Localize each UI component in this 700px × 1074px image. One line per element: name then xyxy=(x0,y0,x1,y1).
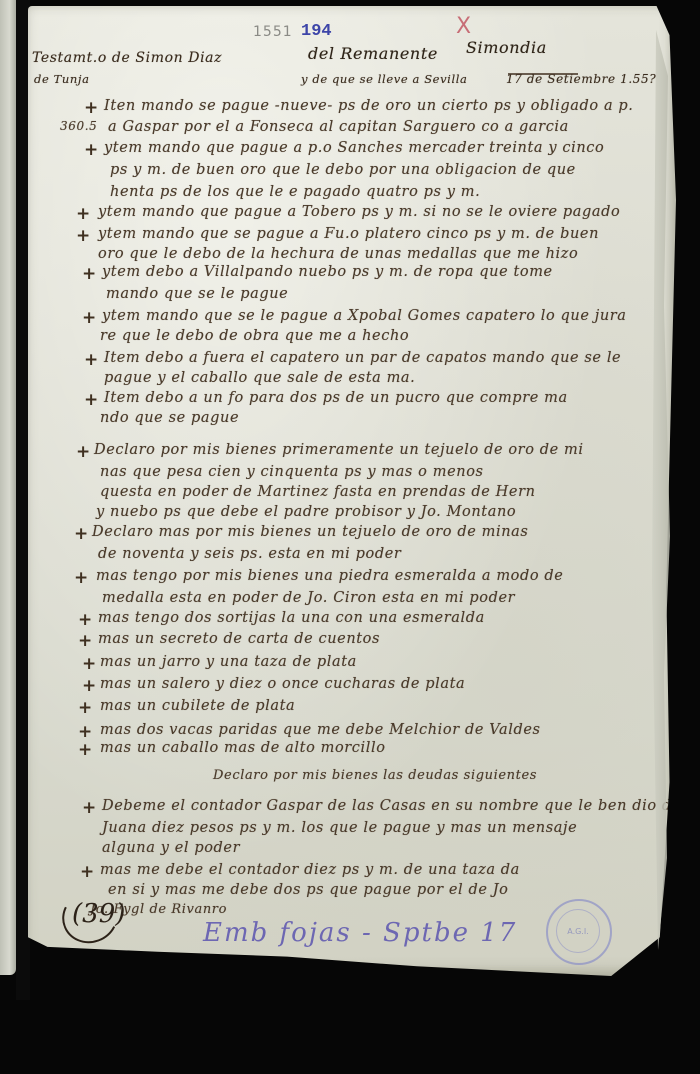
cross-mark: + xyxy=(76,442,90,462)
blue-archival-note: Emb fojas - Sptbe 17 xyxy=(203,918,517,948)
entry-line: a Gaspar por el a Fonseca al capitan Sar… xyxy=(108,119,569,135)
title-mid-top: del Remanente xyxy=(308,44,438,63)
cross-mark: + xyxy=(82,798,96,818)
cross-mark: + xyxy=(82,654,96,674)
cross-mark: + xyxy=(84,98,98,118)
cross-mark: + xyxy=(82,308,96,328)
entry-line: de noventa y seis ps. esta en mi poder xyxy=(98,546,401,562)
entry-line: ps y m. de buen oro que le debo por una … xyxy=(110,162,576,178)
cross-mark: + xyxy=(80,862,94,882)
section-heading: Declaro por mis bienes las deudas siguie… xyxy=(213,768,537,783)
cross-mark: + xyxy=(84,140,98,160)
folio-number: (39) xyxy=(72,899,125,929)
entry-line: nas que pesa cien y cinquenta ps y mas o… xyxy=(100,464,484,480)
cross-mark: + xyxy=(82,264,96,284)
cross-mark: + xyxy=(84,390,98,410)
entry-line: Item debo a un fo para dos ps de un pucr… xyxy=(104,390,568,406)
margin-number: 360.5 xyxy=(60,119,97,133)
entry-line: mas un salero y diez o once cucharas de … xyxy=(100,676,465,692)
title-mid-bottom: y de que se lleve a Sevilla xyxy=(301,72,467,86)
entry-line: mas un cubilete de plata xyxy=(100,698,295,714)
cross-mark: + xyxy=(76,204,90,224)
manuscript-scan: 1551 194 X Testamt.o de Simon Diaz de Tu… xyxy=(0,0,700,1074)
cross-mark: + xyxy=(78,698,92,718)
entry-line: ytem mando que se pague a Fu.o platero c… xyxy=(98,226,599,242)
entry-line: mas tengo dos sortijas la una con una es… xyxy=(98,610,485,626)
entry-line: ytem mando que pague a p.o Sanches merca… xyxy=(104,140,604,156)
title-left-sub: de Tunja xyxy=(34,72,90,86)
title-left: Testamt.o de Simon Diaz xyxy=(32,50,222,66)
manuscript-page: 1551 194 X Testamt.o de Simon Diaz de Tu… xyxy=(28,6,676,976)
archive-stamp-text: A.G.I. xyxy=(556,909,600,953)
entry-line: y nuebo ps que debe el padre probisor y … xyxy=(96,504,516,520)
cross-mark: + xyxy=(78,722,92,742)
entry-line: Juana diez pesos ps y m. los que le pagu… xyxy=(102,820,577,836)
cross-mark: + xyxy=(78,610,92,630)
entry-line: medalla esta en poder de Jo. Ciron esta … xyxy=(102,590,515,606)
entry-line: henta ps de los que le e pagado quatro p… xyxy=(110,184,480,200)
cross-mark: + xyxy=(78,631,92,651)
entry-line: Declaro por mis bienes primeramente un t… xyxy=(94,442,584,458)
entry-line: mas un caballo mas de alto morcillo xyxy=(100,740,386,756)
entry-line: Item debo a fuera el capatero un par de … xyxy=(104,350,621,366)
entry-line: mas dos vacas paridas que me debe Melchi… xyxy=(100,722,541,738)
entry-line: ytem debo a Villalpando nuebo ps y m. de… xyxy=(102,264,553,280)
entry-line: re que le debo de obra que me a hecho xyxy=(100,328,409,344)
entry-line: Debeme el contador Gaspar de las Casas e… xyxy=(102,798,700,814)
cross-mark: + xyxy=(74,568,88,588)
entry-line: mas un jarro y una taza de plata xyxy=(100,654,357,670)
archive-stamp: A.G.I. xyxy=(546,899,612,965)
entry-line: mas me debe el contador diez ps y m. de … xyxy=(100,862,520,878)
red-x-mark: X xyxy=(456,14,471,39)
entry-line: pague y el caballo que sale de esta ma. xyxy=(104,370,415,386)
cross-mark: + xyxy=(84,350,98,370)
cross-mark: + xyxy=(78,740,92,760)
cross-mark: + xyxy=(82,676,96,696)
cross-mark: + xyxy=(74,524,88,544)
entry-line: ndo que se pague xyxy=(100,410,239,426)
entry-line: ytem mando que pague a Tobero ps y m. si… xyxy=(98,204,620,220)
entry-line: questa en poder de Martinez fasta en pre… xyxy=(100,484,536,500)
binding-gutter xyxy=(16,0,30,1000)
entry-line: oro que le debo de la hechura de unas me… xyxy=(98,246,578,262)
entry-line: alguna y el poder xyxy=(102,840,240,856)
title-right: Simondia xyxy=(466,38,547,57)
cross-mark: + xyxy=(76,226,90,246)
entry-line: en si y mas me debe dos ps que pague por… xyxy=(108,882,508,898)
entry-line: mando que se le pague xyxy=(106,286,288,302)
header-underline xyxy=(508,73,578,75)
pencil-year-note: 1551 xyxy=(253,24,293,40)
entry-line: Iten mando se pague -nueve- ps de oro un… xyxy=(104,98,633,114)
entry-line: mas un secreto de carta de cuentos xyxy=(98,631,380,647)
stamped-page-number: 194 xyxy=(301,22,332,41)
entry-line: Declaro mas por mis bienes un tejuelo de… xyxy=(92,524,528,540)
previous-leaf-edge xyxy=(0,0,16,975)
entry-line: ytem mando que se le pague a Xpobal Gome… xyxy=(102,308,627,324)
entry-line: mas tengo por mis bienes una piedra esme… xyxy=(96,568,564,584)
